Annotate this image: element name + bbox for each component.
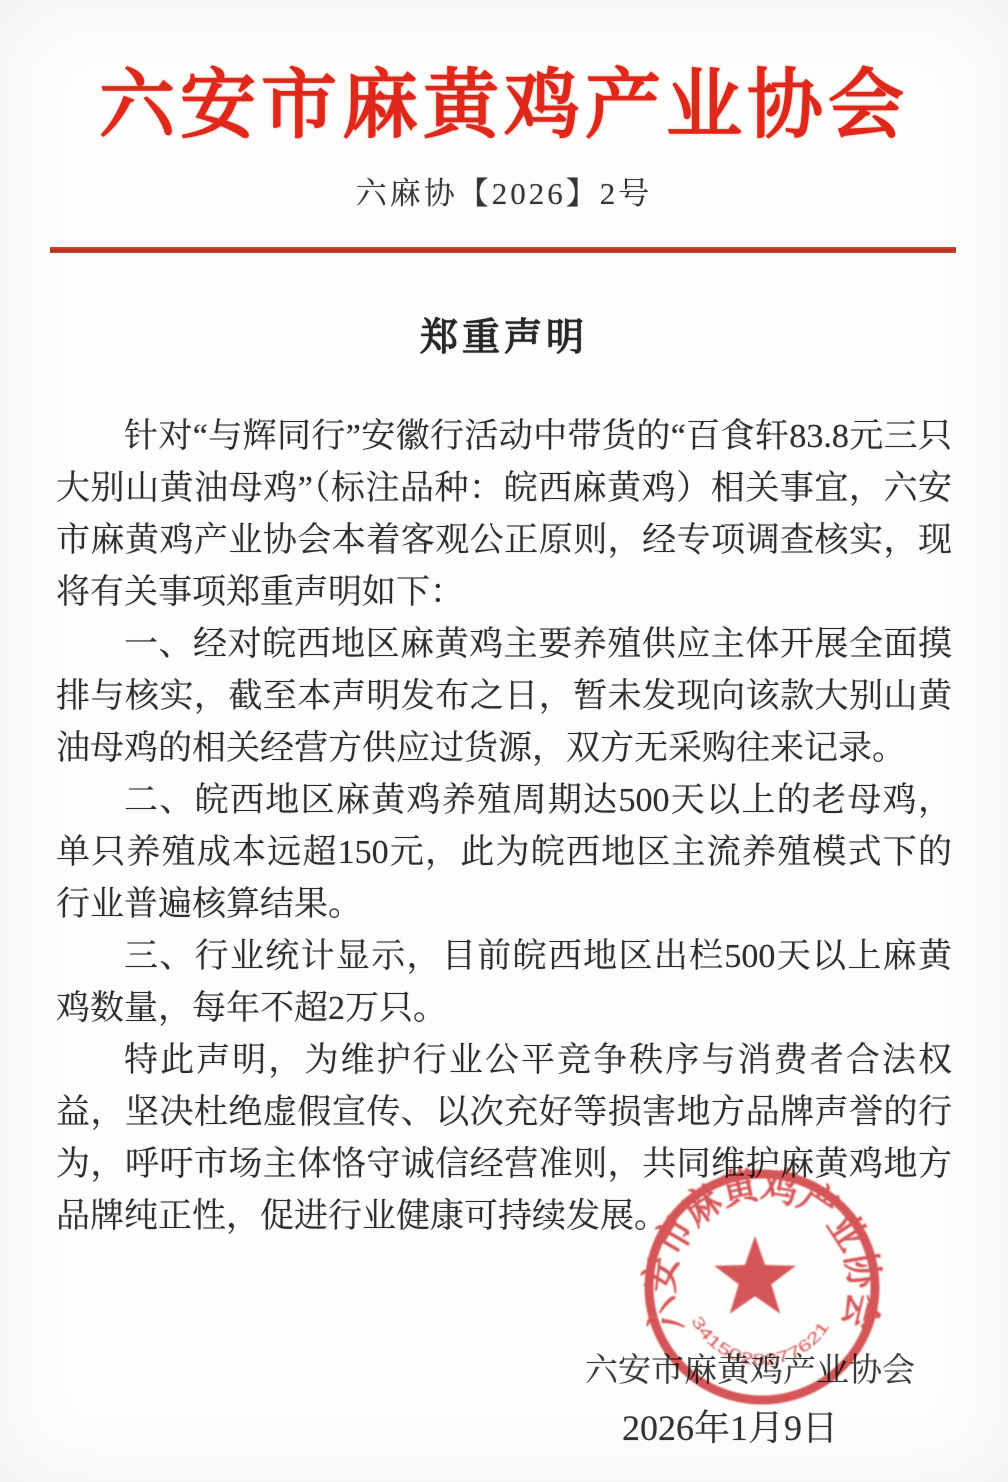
statement-body: 针对“与辉同行”安徽行活动中带货的“百食轩83.8元三只大别山黄油母鸡”（标注品… (56, 411, 952, 1243)
body-paragraph-item-3: 三、行业统计显示，目前皖西地区出栏500天以上麻黄鸡数量，每年不超2万只。 (56, 931, 952, 1035)
seal-star-icon (714, 1236, 796, 1314)
document-page: 六安市麻黄鸡产业协会 六麻协【2026】2号 郑重声明 针对“与辉同行”安徽行活… (0, 0, 1008, 1482)
seal-ring-text: 六安市麻黄鸡产业协会 (637, 1162, 888, 1339)
official-seal: 六安市麻黄鸡产业协会 3415028277621 (632, 1157, 892, 1417)
seal-registration-code: 3415028277621 (688, 1314, 834, 1370)
doc-number: 六麻协【2026】2号 (0, 168, 1008, 213)
body-paragraph-intro: 针对“与辉同行”安徽行活动中带货的“百食轩83.8元三只大别山黄油母鸡”（标注品… (56, 411, 952, 619)
body-paragraph-item-2: 二、皖西地区麻黄鸡养殖周期达500天以上的老母鸡，单只养殖成本远超150元，此为… (56, 775, 952, 931)
org-title: 六安市麻黄鸡产业协会 (0, 44, 1008, 153)
body-paragraph-item-1: 一、经对皖西地区麻黄鸡主要养殖供应主体开展全面摸排与核实，截至本声明发布之日，暂… (56, 619, 952, 775)
red-divider-rule (50, 247, 956, 253)
statement-title: 郑重声明 (0, 306, 1008, 361)
